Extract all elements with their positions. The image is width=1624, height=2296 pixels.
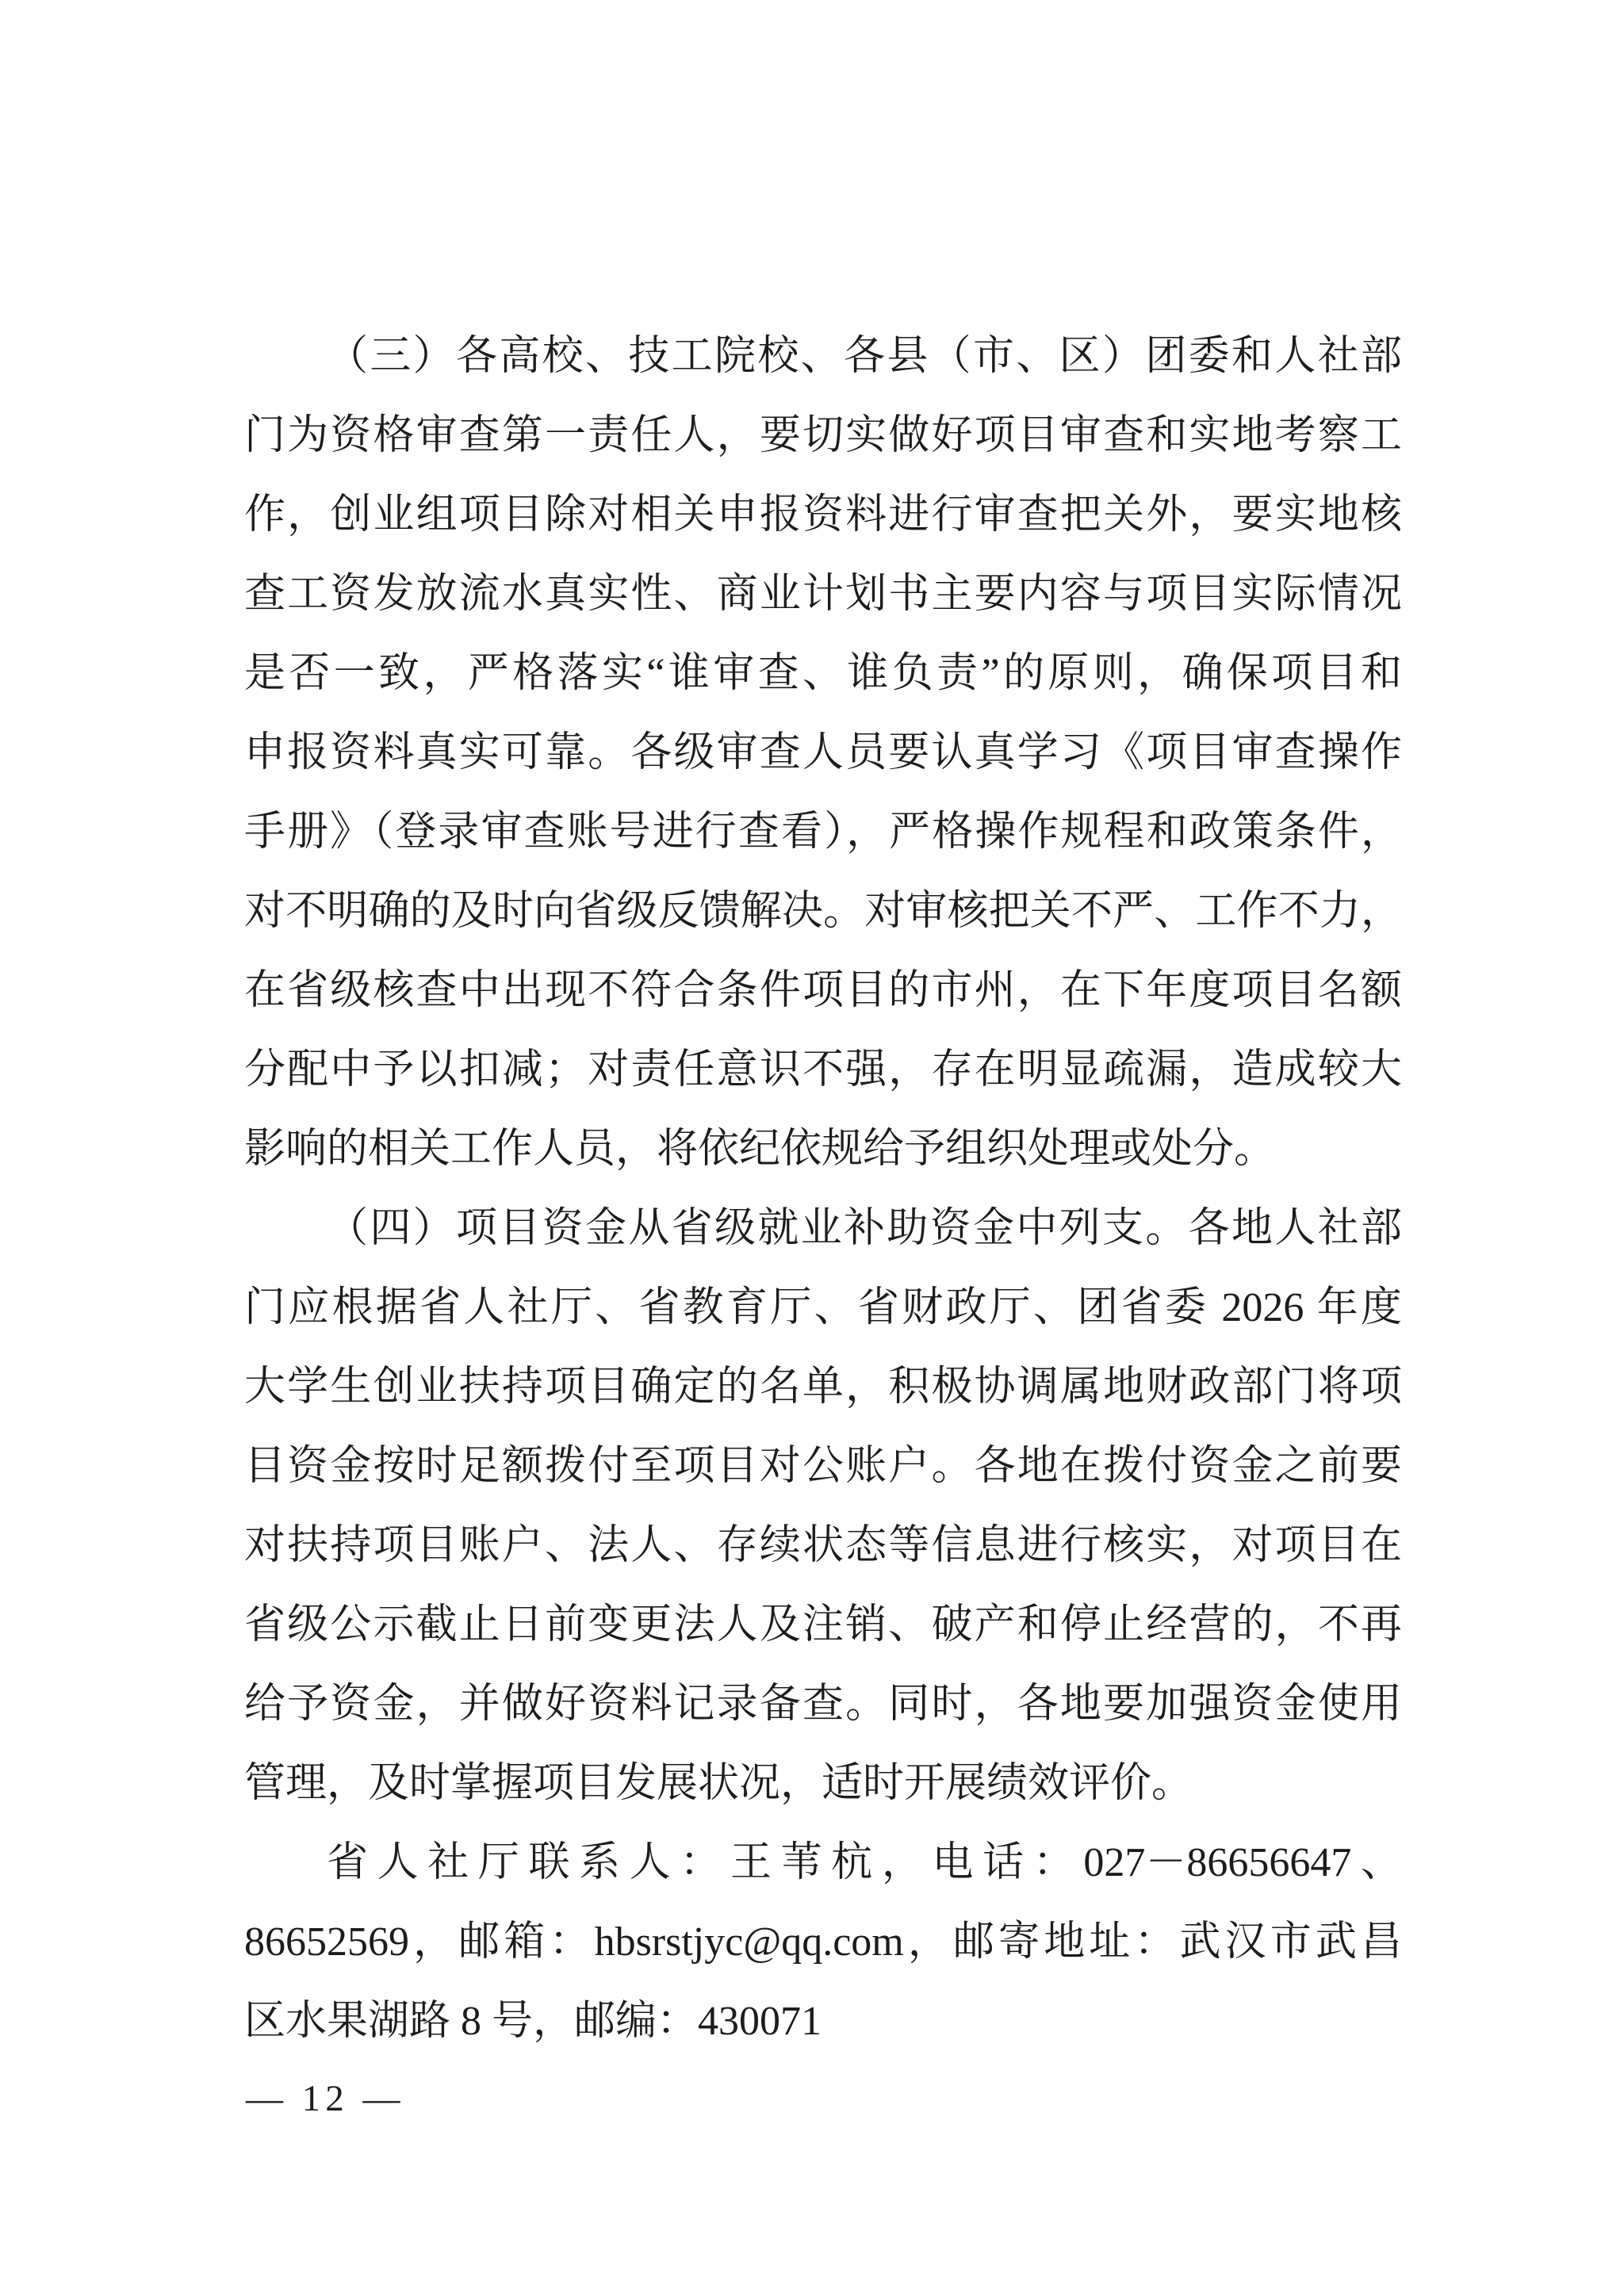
text-line: 门为资格审查第一责任人，要切实做好项目审查和实地考察工 — [244, 396, 1402, 476]
text-line: 影响的相关工作人员，将依纪依规给予组织处理或处分。 — [244, 1110, 1402, 1189]
text-line: 申报资料真实可靠。各级审查人员要认真学习《项目审查操作 — [244, 714, 1402, 793]
text-line: （四）项目资金从省级就业补助资金中列支。各地人社部 — [244, 1189, 1402, 1269]
text-line: 管理，及时掌握项目发展状况，适时开展绩效评价。 — [244, 1744, 1402, 1823]
text-line: 区水果湖路 8 号，邮编：430071 — [244, 1982, 1402, 2061]
text-line: 作，创业组项目除对相关申报资料进行审查把关外，要实地核 — [244, 476, 1402, 555]
text-line: 86652569，邮箱：hbsrstjyc@qq.com，邮寄地址：武汉市武昌 — [244, 1903, 1402, 1982]
text-line: 是否一致，严格落实“谁审查、谁负责”的原则，确保项目和 — [244, 634, 1402, 714]
text-line: 在省级核查中出现不符合条件项目的市州，在下年度项目名额 — [244, 951, 1402, 1031]
text-line: 省级公示截止日前变更法人及注销、破产和停止经营的，不再 — [244, 1586, 1402, 1665]
text-line: 查工资发放流水真实性、商业计划书主要内容与项目实际情况 — [244, 555, 1402, 634]
page-number: — 12 — — [246, 2078, 405, 2119]
text-line: 目资金按时足额拨付至项目对公账户。各地在拨付资金之前要 — [244, 1427, 1402, 1506]
text-line: 对不明确的及时向省级反馈解决。对审核把关不严、工作不力， — [244, 872, 1402, 951]
text-line: 手册》（登录审查账号进行查看），严格操作规程和政策条件， — [244, 793, 1402, 872]
document-body: （三）各高校、技工院校、各县（市、区）团委和人社部 门为资格审查第一责任人，要切… — [244, 317, 1402, 2061]
document-page: （三）各高校、技工院校、各县（市、区）团委和人社部 门为资格审查第一责任人，要切… — [0, 0, 1624, 2296]
text-line: 分配中予以扣减；对责任意识不强，存在明显疏漏，造成较大 — [244, 1031, 1402, 1110]
text-line: 省人社厅联系人：王苇杭，电话：027－86656647、 — [244, 1823, 1402, 1903]
text-line: （三）各高校、技工院校、各县（市、区）团委和人社部 — [244, 317, 1402, 396]
page-footer: — 12 — — [246, 2071, 405, 2126]
text-line: 对扶持项目账户、法人、存续状态等信息进行核实，对项目在 — [244, 1506, 1402, 1586]
text-line: 给予资金，并做好资料记录备查。同时，各地要加强资金使用 — [244, 1665, 1402, 1744]
text-line: 门应根据省人社厅、省教育厅、省财政厅、团省委 2026 年度 — [244, 1269, 1402, 1348]
text-line: 大学生创业扶持项目确定的名单，积极协调属地财政部门将项 — [244, 1348, 1402, 1427]
